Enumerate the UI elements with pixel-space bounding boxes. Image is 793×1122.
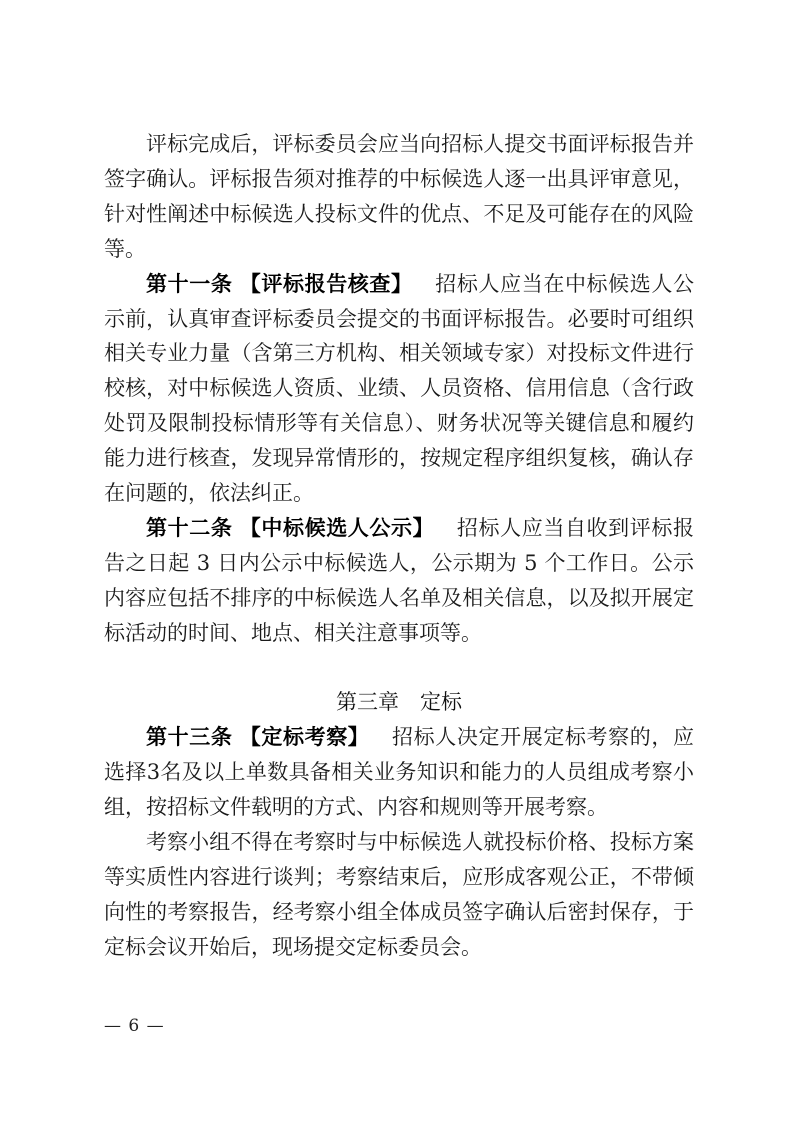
paragraph-text: 评标完成后，评标委员会应当向招标人提交书面评标报告并签字确认。评标报告须对推荐的… (104, 132, 694, 261)
article-text: 招标人应当在中标候选人公示前，认真审查评标委员会提交的书面评标报告。必要时可组织… (104, 272, 694, 505)
document-page: 评标完成后，评标委员会应当向招标人提交书面评标报告并签字确认。评标报告须对推荐的… (0, 0, 793, 1122)
page-number: — 6 — (104, 1016, 165, 1036)
chapter-title: 定标 (420, 690, 462, 714)
article-12: 第十二条 【中标候选人公示】招标人应当自收到评标报告之日起 3 日内公示中标候选… (104, 511, 694, 651)
article-13: 第十三条 【定标考察】招标人决定开展定标考察的，应选择3名及以上单数具备相关业务… (104, 720, 694, 825)
article-number: 第十二条 (146, 515, 232, 540)
paragraph-evaluation-report: 评标完成后，评标委员会应当向招标人提交书面评标报告并签字确认。评标报告须对推荐的… (104, 127, 694, 267)
document-body: 评标完成后，评标委员会应当向招标人提交书面评标报告并签字确认。评标报告须对推荐的… (104, 127, 694, 965)
article-heading: 【评标报告核查】 (240, 271, 413, 296)
paragraph-text: 考察小组不得在考察时与中标候选人就投标价格、投标方案等实质性内容进行谈判；考察结… (104, 830, 694, 959)
article-number: 第十一条 (146, 271, 232, 296)
chapter-number: 第三章 (336, 690, 399, 714)
article-number: 第十三条 (146, 724, 232, 749)
article-heading: 【定标考察】 (240, 724, 370, 749)
chapter-heading: 第三章定标 (104, 685, 694, 720)
article-heading: 【中标候选人公示】 (240, 515, 435, 540)
article-11: 第十一条 【评标报告核查】招标人应当在中标候选人公示前，认真审查评标委员会提交的… (104, 267, 694, 511)
paragraph-inspection-group: 考察小组不得在考察时与中标候选人就投标价格、投标方案等实质性内容进行谈判；考察结… (104, 825, 694, 965)
